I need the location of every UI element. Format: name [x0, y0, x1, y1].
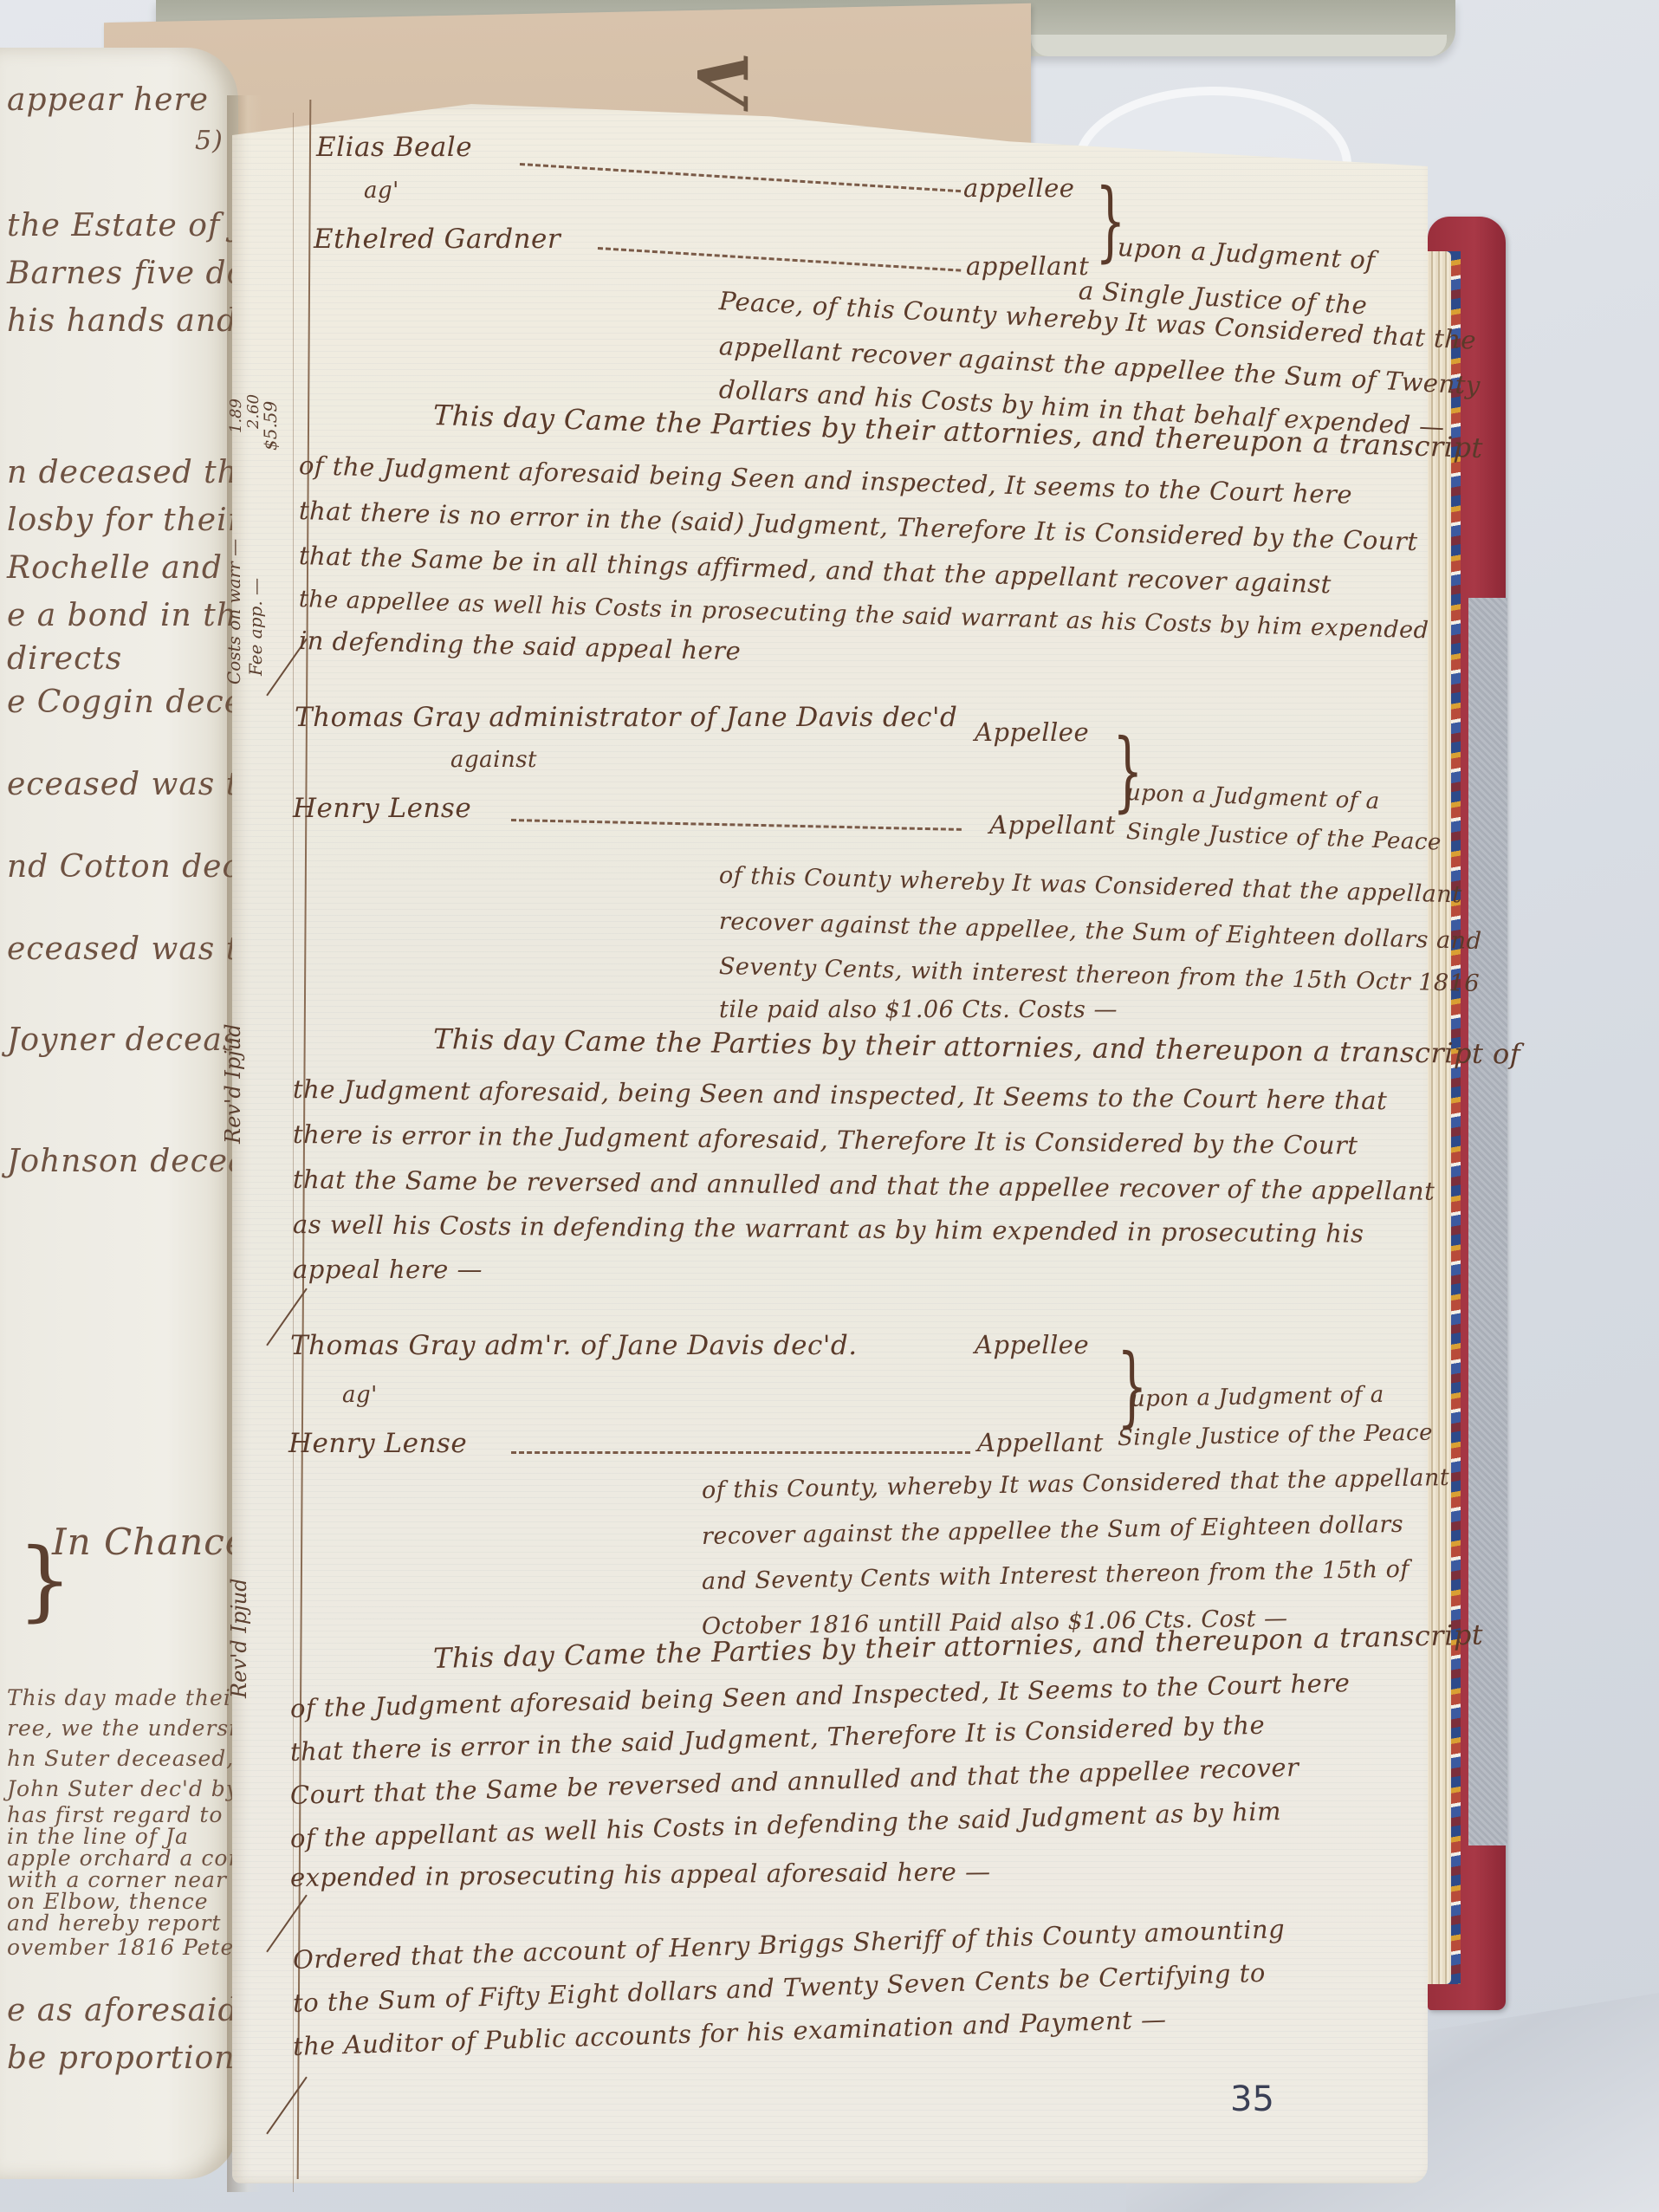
left-page-line: hn Suter deceased, d — [7, 1746, 238, 1771]
margin-note-costs: Costs on warr — — [224, 539, 244, 684]
appellee-name: Thomas Gray adm'r. of Jane Davis dec'd. — [290, 1330, 858, 1361]
book-cover-cloth — [1468, 598, 1507, 1845]
left-page-line: Barnes five doll — [7, 256, 238, 291]
left-page-line: e a bond in the — [7, 598, 238, 633]
versus-label: ag' — [364, 178, 399, 204]
appellant-label: Appellant — [977, 1428, 1104, 1457]
appellant-label: Appellant — [989, 810, 1116, 840]
appellee-label: appellee — [963, 173, 1074, 203]
left-page-line: n deceased this d — [7, 455, 238, 490]
left-page-line: losby for their — [7, 503, 238, 538]
appellee-label: Appellee — [975, 717, 1089, 747]
left-page-line: e as aforesaid be — [7, 1993, 238, 2028]
left-page-line: appear here — [7, 82, 209, 118]
left-page-line: e Coggin deceas — [7, 684, 238, 720]
ruling-line: appeal here — — [293, 1255, 483, 1284]
left-page-line: ree, we the undersig — [7, 1716, 238, 1741]
left-page-line: Johnson deceas — [7, 1144, 238, 1179]
appellee-label: Appellee — [975, 1330, 1089, 1359]
left-page-line: eceased was the — [7, 931, 238, 967]
background-card-letter: V — [681, 52, 762, 106]
brace-text: Single Justice of the Peace — [1118, 1420, 1433, 1451]
appellant-name: Ethelred Gardner — [314, 224, 561, 255]
left-page-line: and hereby report — [7, 1910, 221, 1936]
left-page-line: directs — [7, 641, 122, 677]
left-page-line: Joyner deceas — [7, 1022, 238, 1058]
margin-note-reversed: Rev'd Ipjud — [221, 1023, 245, 1144]
margin-amount: 1.89 — [227, 399, 245, 433]
margin-amount-total: $5.59 — [260, 401, 281, 451]
left-page-line: the Estate of Jan — [7, 208, 238, 243]
appellant-name: Henry Lense — [293, 793, 471, 824]
appellee-name: Thomas Gray administrator of Jane Davis … — [295, 702, 957, 733]
ruling-line: expended in prosecuting his appeal afore… — [290, 1857, 991, 1892]
in-chancery-heading: In Chancery — [52, 1521, 238, 1563]
left-page-line: be proportionally — [7, 2040, 238, 2076]
left-page-line: This day made their rep — [7, 1685, 238, 1710]
versus-label: ag' — [342, 1382, 378, 1408]
brace-text: upon a Judgment of a — [1131, 1382, 1384, 1412]
left-page-line: Rochelle and — [7, 550, 223, 586]
left-page: appear here the Estate of Jan Barnes fiv… — [0, 48, 238, 2179]
appellant-name: Henry Lense — [288, 1428, 467, 1459]
background-device-base — [1031, 35, 1447, 56]
margin-note-reversed: Rev'd Ipjud — [227, 1578, 251, 1698]
case-summary-line: tile paid also $1.06 Cts. Costs — — [719, 996, 1118, 1023]
left-corner-mark: 5) — [195, 126, 224, 156]
left-page-line: his hands and — [7, 303, 237, 339]
left-page-line: eceased was the — [7, 767, 238, 802]
versus-label: against — [450, 747, 537, 773]
left-page-line: nd Cotton deceas — [7, 849, 238, 885]
appellee-name: Elias Beale — [316, 132, 472, 163]
page-number: 35 — [1230, 2079, 1274, 2119]
left-page-line: ovember 1816 Peter — [7, 1935, 238, 1960]
appellant-label: appellant — [966, 251, 1089, 281]
margin-note-fee: Fee app. — — [245, 578, 266, 676]
leader-dashes — [511, 1451, 970, 1454]
left-page-line: John Suter dec'd by pr — [7, 1776, 238, 1801]
